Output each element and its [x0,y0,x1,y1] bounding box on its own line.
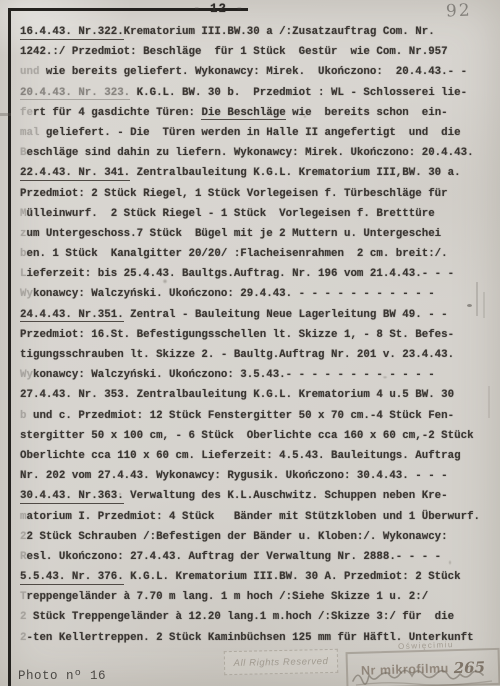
text-line: Resl. Ukończono: 27.4.43. Auftrag der Ve… [20,547,494,567]
text-line: 24.4.43. Nr.351. Zentral - Bauleitung Ne… [20,305,494,325]
text-line: 1242.:/ Przedmiot: Beschläge für 1 Stück… [20,42,494,62]
scan-streak [483,292,485,318]
scan-speck [467,304,472,307]
text-line: 22 Stück Schrauben /:Befestigen der Bänd… [20,527,494,547]
text-line: matorium I. Przedmiot: 4 Stück Bänder mi… [20,507,494,527]
text-line: Lieferzeit: bis 25.4.43. Baultgs.Auftrag… [20,264,494,284]
text-line: 27.4.43. Nr. 353. Zentralbauleitung K.G.… [20,385,494,405]
text-line: Przedmiot: 2 Stück Riegel, 1 Stück Vorle… [20,184,494,204]
document-body: 16.4.43. Nr.322.Krematorium III.BW.30 a … [20,22,494,648]
scan-streak [488,386,490,418]
text-line: 5.5.43. Nr. 376. K.G.L. Krematorium III.… [20,567,494,587]
photo-caption: Photo nº 16 [18,668,106,684]
page-border-left [8,8,11,686]
text-line: Beschläge sind dahin zu liefern. Wykonaw… [20,143,494,163]
text-line: 2 Stück Treppengeländer à 12.20 lang.1 m… [20,607,494,627]
scan-speck [0,113,11,116]
text-line: Oberlichte cca 110 x 60 cm. Lieferzeit: … [20,446,494,466]
handwritten-page-number: 92 [446,1,472,22]
text-line: 20.4.43. Nr. 323. K.G.L. BW. 30 b. Przed… [20,83,494,103]
text-line: fert für 4 gasdichte Türen: Die Beschläg… [20,103,494,123]
text-line: 16.4.43. Nr.322.Krematorium III.BW.30 a … [20,22,494,42]
handwritten-scrawl [350,668,498,686]
text-line: tigungsschrauben lt. Skizze 2. - Baultg.… [20,345,494,365]
text-line: stergitter 50 x 100 cm, - 6 Stück Oberli… [20,426,494,446]
rights-stamp: All Rights Reserved [224,649,338,675]
scanned-document-page: - 12 - 92 16.4.43. Nr.322.Krematorium II… [0,0,500,686]
text-line: mal geliefert. - Die Türen werden in Hal… [20,123,494,143]
text-line: Treppengeländer à 7.70 m lang. 1 m hoch … [20,587,494,607]
text-line: 30.4.43. Nr.363. Verwaltung des K.L.Ausc… [20,486,494,506]
text-line: Wykonawcy: Walczyński. Ukończono: 3.5.43… [20,365,494,385]
text-line: zum Untergeschoss.7 Stück Bügel mit je 2… [20,224,494,244]
rights-stamp-label: All Rights Reserved [233,656,328,669]
text-line: b und c. Przedmiot: 12 Stück Fenstergitt… [20,406,494,426]
text-line: Przedmiot: 16.St. Befestigungsschellen l… [20,325,494,345]
text-line: Mülleinwurf. 2 Stück Riegel - 1 Stück Vo… [20,204,494,224]
text-line: Wykonawcy: Walczyński. Ukończono: 29.4.4… [20,284,494,304]
page-number-header: - 12 - [193,1,244,17]
text-line: 22.4.43. Nr. 341. Zentralbauleitung K.G.… [20,163,494,183]
text-line: und wie bereits geliefert. Wykonawcy: Mi… [20,62,494,82]
scan-streak [476,282,478,316]
text-line: ben. 1 Stück Kanalgitter 20/20/ :Flachei… [20,244,494,264]
text-line: Nr. 202 vom 27.4.43. Wykonawcy: Rygusik.… [20,466,494,486]
